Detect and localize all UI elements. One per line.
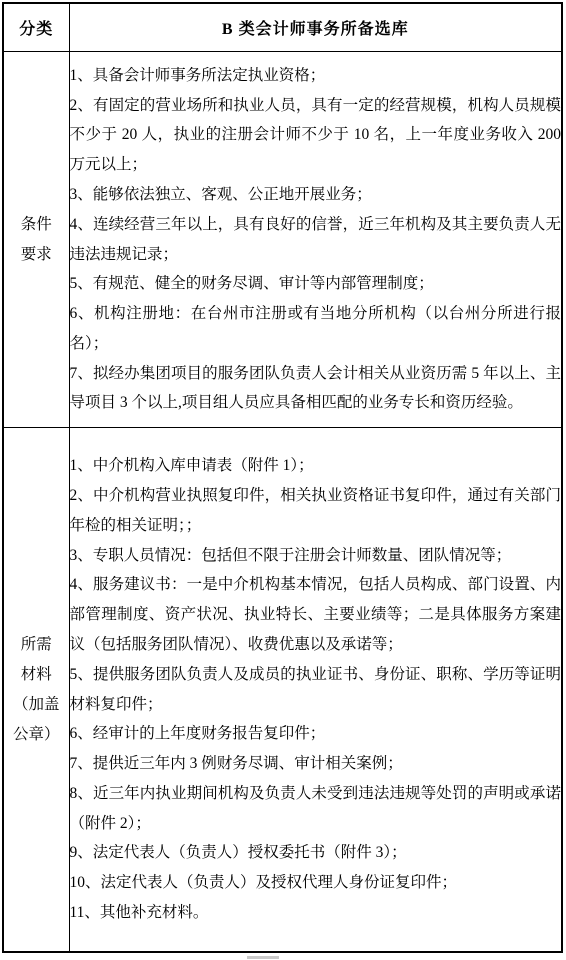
condition-item-1: 1、具备会计师事务所法定执业资格； — [70, 61, 562, 91]
condition-item-2: 2、有固定的营业场所和执业人员，具有一定的经营规模，机构人员规模不少于 20 人… — [70, 91, 562, 180]
material-item-11: 11、其他补充材料。 — [70, 898, 562, 928]
condition-item-4: 4、连续经营三年以上，具有良好的信誉，近三年机构及其主要负责人无违法违规记录； — [70, 210, 562, 270]
material-item-6: 6、经审计的上年度财务报告复印件； — [70, 719, 562, 749]
condition-item-3: 3、能够依法独立、客观、公正地开展业务； — [70, 180, 562, 210]
material-item-9: 9、法定代表人（负责人）授权委托书（附件 3）； — [70, 838, 562, 868]
header-category-cell: 分类 — [3, 3, 69, 52]
condition-item-7: 7、拟经办集团项目的服务团队负责人会计相关从业资历需 5 年以上、主导项目 3 … — [70, 359, 562, 419]
material-item-1: 1、中介机构入库申请表（附件 1）； — [70, 451, 562, 481]
materials-content-cell: 1、中介机构入库申请表（附件 1）； 2、中介机构营业执照复印件，相关执业资格证… — [69, 428, 562, 953]
bottom-edge-artifact — [247, 956, 279, 959]
selection-pool-table: 分类 B 类会计师事务所备选库 条件 要求 1、具备会计师事务所法定执业资格； … — [2, 2, 563, 953]
conditions-label-cell: 条件 要求 — [3, 52, 69, 428]
header-title-cell: B 类会计师事务所备选库 — [69, 3, 562, 52]
materials-label: 所需 材料 （加盖 公章） — [13, 630, 60, 750]
page-title: B 类会计师事务所备选库 — [222, 21, 409, 38]
material-item-2: 2、中介机构营业执照复印件，相关执业资格证书复印件，通过有关部门年检的相关证明；… — [70, 481, 562, 541]
header-category-label: 分类 — [19, 21, 53, 38]
material-item-3: 3、专职人员情况：包括但不限于注册会计师数量、团队情况等； — [70, 541, 562, 571]
condition-item-5: 5、有规范、健全的财务尽调、审计等内部管理制度； — [70, 269, 562, 299]
material-item-8: 8、近三年内执业期间机构及负责人未受到违法违规等处罚的声明或承诺（附件 2）； — [70, 779, 562, 839]
material-item-7: 7、提供近三年内 3 例财务尽调、审计相关案例； — [70, 749, 562, 779]
condition-item-6: 6、机构注册地：在台州市注册或有当地分所机构（以台州分所进行报名）； — [70, 299, 562, 359]
conditions-content-cell: 1、具备会计师事务所法定执业资格； 2、有固定的营业场所和执业人员，具有一定的经… — [69, 52, 562, 428]
row-materials: 所需 材料 （加盖 公章） 1、中介机构入库申请表（附件 1）； 2、中介机构营… — [3, 428, 562, 953]
table-header-row: 分类 B 类会计师事务所备选库 — [3, 3, 562, 52]
materials-label-cell: 所需 材料 （加盖 公章） — [3, 428, 69, 953]
material-item-4: 4、服务建议书：一是中介机构基本情况，包括人员构成、部门设置、内部管理制度、资产… — [70, 570, 562, 659]
row-conditions: 条件 要求 1、具备会计师事务所法定执业资格； 2、有固定的营业场所和执业人员，… — [3, 52, 562, 428]
material-item-5: 5、提供服务团队负责人及成员的执业证书、身份证、职称、学历等证明材料复印件； — [70, 660, 562, 720]
material-item-10: 10、法定代表人（负责人）及授权代理人身份证复印件； — [70, 868, 562, 898]
conditions-label: 条件 要求 — [21, 210, 52, 270]
